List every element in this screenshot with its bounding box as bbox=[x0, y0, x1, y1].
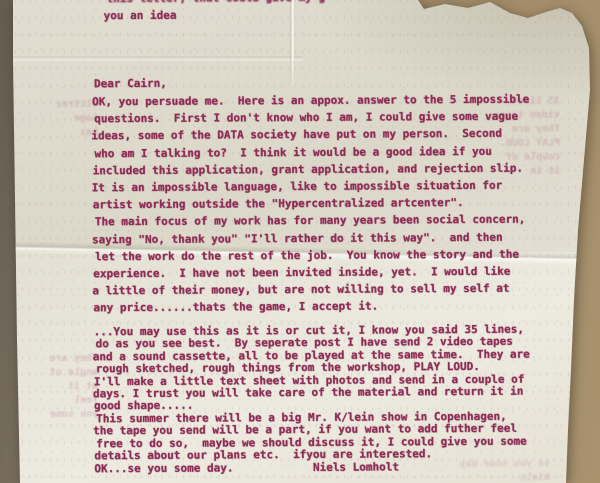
paragraph-2: ...You may use this as it is or cut it, … bbox=[94, 324, 531, 463]
paper-shadow: 35 lines,video tapesThey arePLAY LOUD.co… bbox=[0, 0, 600, 483]
photograph-of-letter: 35 lines,video tapesThey arePLAY LOUD.co… bbox=[0, 0, 600, 483]
letter-line: It is an impossible language, like to im… bbox=[92, 177, 530, 197]
letter-line: saying "No, thank you" "I'll rather do i… bbox=[92, 228, 530, 248]
clipped-top-line: this letter, that could give my g bbox=[106, 0, 325, 5]
closing-and-signature: OK...se you some day. Niels Lomholt bbox=[94, 460, 399, 475]
letter-line: any price......thats the game, I accept … bbox=[93, 297, 530, 317]
pre-line: you an idea bbox=[104, 9, 177, 22]
paragraph-1: OK, you persuade me. Here is an appox. a… bbox=[92, 91, 530, 317]
salutation: Dear Cairn, bbox=[94, 77, 167, 90]
typed-letter-text: this letter, that could give my g you an… bbox=[0, 0, 600, 483]
letter-line: The main focus of my work has for many y… bbox=[95, 211, 530, 231]
letter-line: a little of their money, but are not wil… bbox=[92, 280, 530, 300]
letter-paper: 35 lines,video tapesThey arePLAY LOUD.co… bbox=[0, 0, 600, 483]
letter-line: ideas, some of the DATA society have put… bbox=[91, 125, 529, 145]
